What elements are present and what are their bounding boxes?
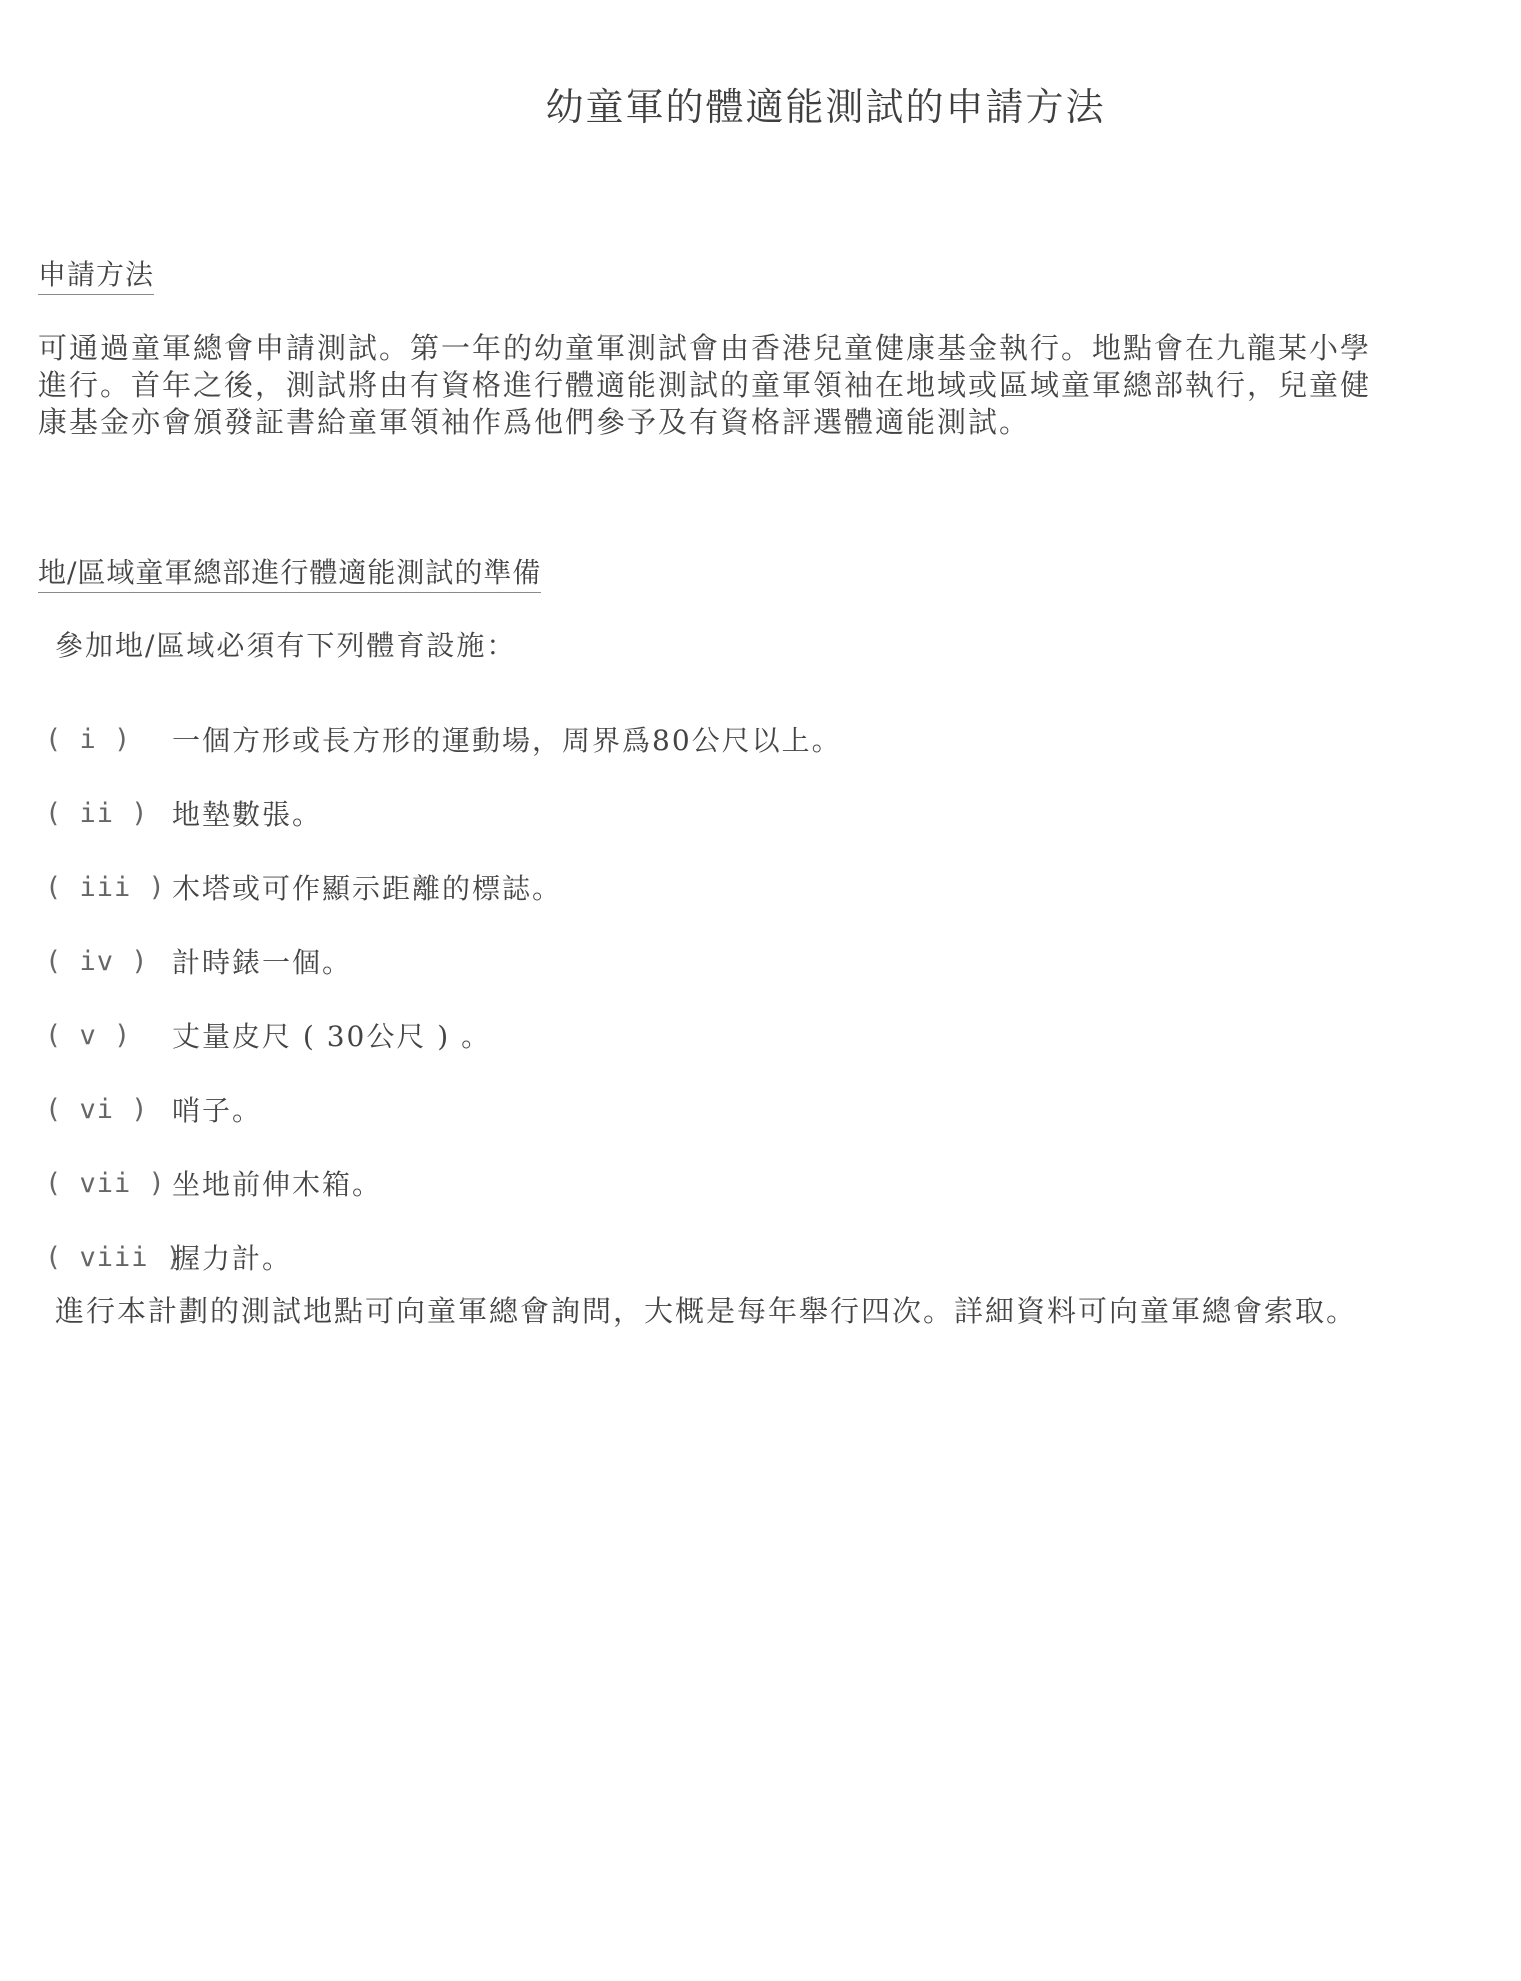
item-label: ( v ) xyxy=(45,1020,172,1051)
item-text: 木塔或可作顯示距離的標誌。 xyxy=(172,867,562,907)
item-text: 丈量皮尺 ( 30公尺 ) 。 xyxy=(172,1015,491,1055)
facility-list: ( i ) 一個方形或長方形的運動場，周界爲80公尺以上。 ( ii ) 地墊數… xyxy=(45,702,842,1294)
item-label: ( iii ) xyxy=(45,872,172,903)
list-item: ( i ) 一個方形或長方形的運動場，周界爲80公尺以上。 xyxy=(45,702,842,776)
item-label: ( vii ) xyxy=(45,1168,172,1199)
item-text: 哨子。 xyxy=(172,1089,262,1129)
section-heading-application-method: 申請方法 xyxy=(38,258,154,295)
item-label: ( vi ) xyxy=(45,1094,172,1125)
list-item: ( iv ) 計時錶一個。 xyxy=(45,924,842,998)
item-text: 地墊數張。 xyxy=(172,793,322,833)
item-label: ( i ) xyxy=(45,724,172,755)
document-title: 幼童軍的體適能測試的申請方法 xyxy=(0,76,1521,131)
application-method-paragraph: 可通過童軍總會申請測試。第一年的幼童軍測試會由香港兒童健康基金執行。地點會在九龍… xyxy=(38,330,1398,441)
list-item: ( v ) 丈量皮尺 ( 30公尺 ) 。 xyxy=(45,998,842,1072)
item-text: 坐地前伸木箱。 xyxy=(172,1163,382,1203)
item-text: 計時錶一個。 xyxy=(172,941,352,981)
document-page: 幼童軍的體適能測試的申請方法 申請方法 可通過童軍總會申請測試。第一年的幼童軍測… xyxy=(0,0,1521,1981)
list-item: ( iii ) 木塔或可作顯示距離的標誌。 xyxy=(45,850,842,924)
facilities-intro: 參加地/區域必須有下列體育設施： xyxy=(55,628,516,664)
closing-paragraph: 進行本計劃的測試地點可向童軍總會詢問，大概是每年舉行四次。詳細資料可向童軍總會索… xyxy=(55,1292,1395,1330)
list-item: ( vi ) 哨子。 xyxy=(45,1072,842,1146)
item-label: ( iv ) xyxy=(45,946,172,977)
item-label: ( viii ) xyxy=(45,1242,172,1273)
item-text: 握力計。 xyxy=(172,1237,292,1277)
item-text: 一個方形或長方形的運動場，周界爲80公尺以上。 xyxy=(172,719,842,759)
section-heading-preparation: 地/區域童軍總部進行體適能測試的準備 xyxy=(38,556,541,593)
list-item: ( viii ) 握力計。 xyxy=(45,1220,842,1294)
list-item: ( ii ) 地墊數張。 xyxy=(45,776,842,850)
list-item: ( vii ) 坐地前伸木箱。 xyxy=(45,1146,842,1220)
item-label: ( ii ) xyxy=(45,798,172,829)
